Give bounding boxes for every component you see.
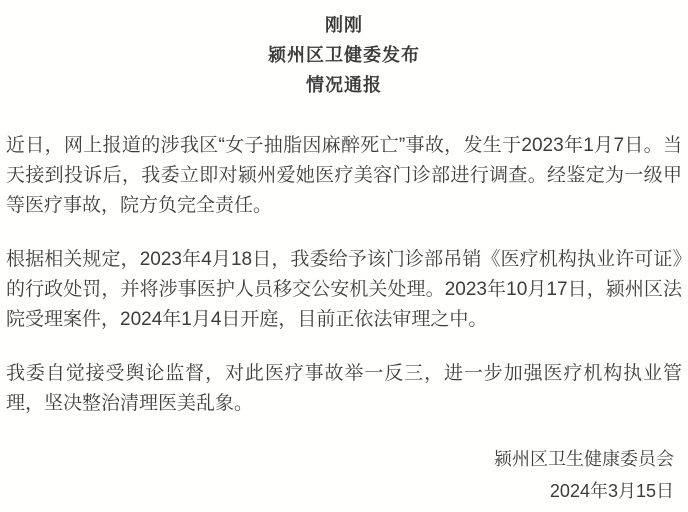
header-line-report-title: 情况通报 — [6, 70, 682, 100]
paragraph-punishment: 根据相关规定，2023年4月18日，我委给予该门诊部吊销《医疗机构执业许可证》的… — [6, 245, 682, 335]
signature-organization: 颍州区卫生健康委员会 — [6, 443, 674, 475]
signature-date: 2024年3月15日 — [6, 475, 674, 507]
paragraph-incident: 近日，网上报道的涉我区“女子抽脂因麻醉死亡”事故，发生于2023年1月7日。当天… — [6, 131, 682, 221]
paragraph-commitment: 我委自觉接受舆论监督，对此医疗事故举一反三，进一步加强医疗机构执业管理，坚决整治… — [6, 359, 682, 419]
notice-page: 刚刚 颍州区卫健委发布 情况通报 近日，网上报道的涉我区“女子抽脂因麻醉死亡”事… — [0, 0, 688, 512]
header-line-issuer: 颍州区卫健委发布 — [6, 40, 682, 70]
notice-body: 近日，网上报道的涉我区“女子抽脂因麻醉死亡”事故，发生于2023年1月7日。当天… — [6, 131, 682, 419]
header-line-just-now: 刚刚 — [6, 10, 682, 40]
notice-signature: 颍州区卫生健康委员会 2024年3月15日 — [6, 443, 682, 507]
notice-header: 刚刚 颍州区卫健委发布 情况通报 — [6, 10, 682, 100]
